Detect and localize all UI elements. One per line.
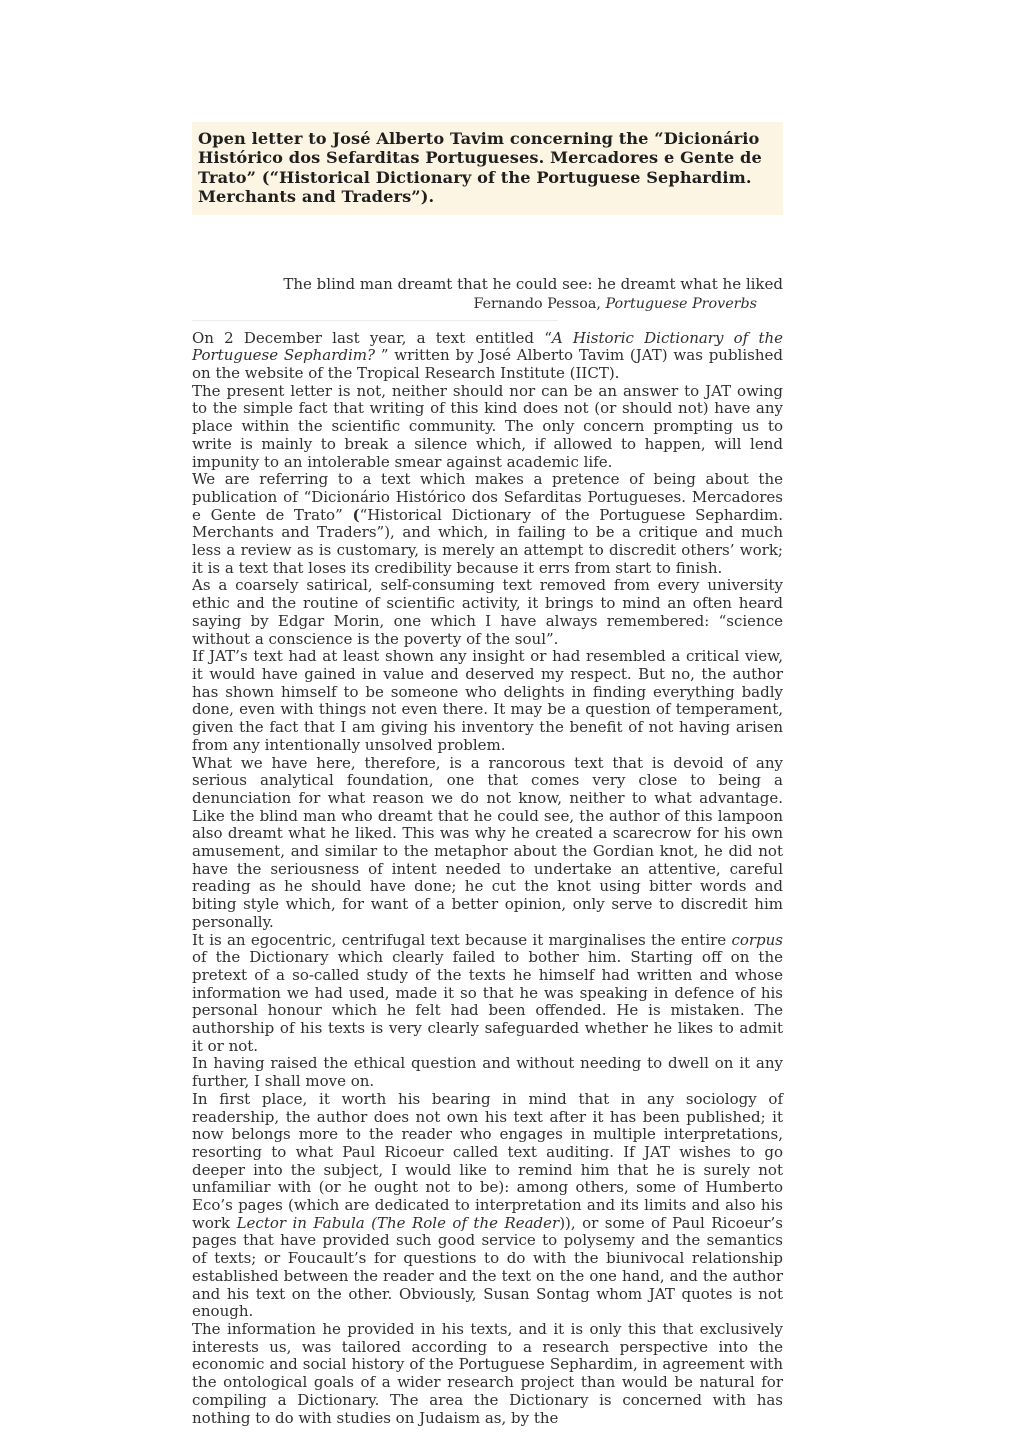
paragraph-segment: On 2 December last year, a text entitled… [192,329,552,347]
paragraph: In first place, it worth his bearing in … [192,1091,783,1321]
paragraph-segment: As a coarsely satirical, self-consuming … [192,576,783,647]
paragraph-segment: It is an egocentric, centrifugal text be… [192,931,731,949]
paragraph-segment: of the Dictionary which clearly failed t… [192,948,783,1055]
paragraph: If JAT’s text had at least shown any ins… [192,648,783,754]
letter-body: On 2 December last year, a text entitled… [192,330,783,1428]
paragraph: The present letter is not, neither shoul… [192,383,783,472]
paragraph: We are referring to a text which makes a… [192,471,783,577]
text-column: Open letter to José Alberto Tavim concer… [192,122,783,1427]
epigraph-attribution: Fernando Pessoa, Portuguese Proverbs [192,294,783,314]
paragraph-segment: The present letter is not, neither shoul… [192,382,783,471]
paragraph-segment: What we have here, therefore, is a ranco… [192,754,783,931]
paragraph: As a coarsely satirical, self-consuming … [192,577,783,648]
letter-title: Open letter to José Alberto Tavim concer… [198,129,762,206]
paragraph-segment: If JAT’s text had at least shown any ins… [192,647,783,754]
epigraph-work: Portuguese Proverbs [605,296,757,312]
paragraph-segment: ( [352,506,359,524]
faint-divider-rule [192,320,558,321]
paragraph: On 2 December last year, a text entitled… [192,330,783,383]
epigraph-quote: The blind man dreamt that he could see: … [192,274,783,294]
paragraph-segment: In having raised the ethical question an… [192,1054,783,1090]
paragraph: The information he provided in his texts… [192,1321,783,1427]
paragraph: What we have here, therefore, is a ranco… [192,755,783,932]
paragraph-segment: corpus [731,931,783,949]
paragraph: It is an egocentric, centrifugal text be… [192,932,783,1056]
letter-title-highlight: Open letter to José Alberto Tavim concer… [192,122,783,215]
paragraph: In having raised the ethical question an… [192,1055,783,1090]
document-page: Open letter to José Alberto Tavim concer… [0,0,1020,1443]
epigraph-author: Fernando Pessoa, [473,296,605,312]
paragraph-segment: The information he provided in his texts… [192,1320,783,1427]
paragraph-segment: Lector in Fabula (The Role of the Reader [237,1214,560,1232]
paragraph-segment: In first place, it worth his bearing in … [192,1090,783,1232]
